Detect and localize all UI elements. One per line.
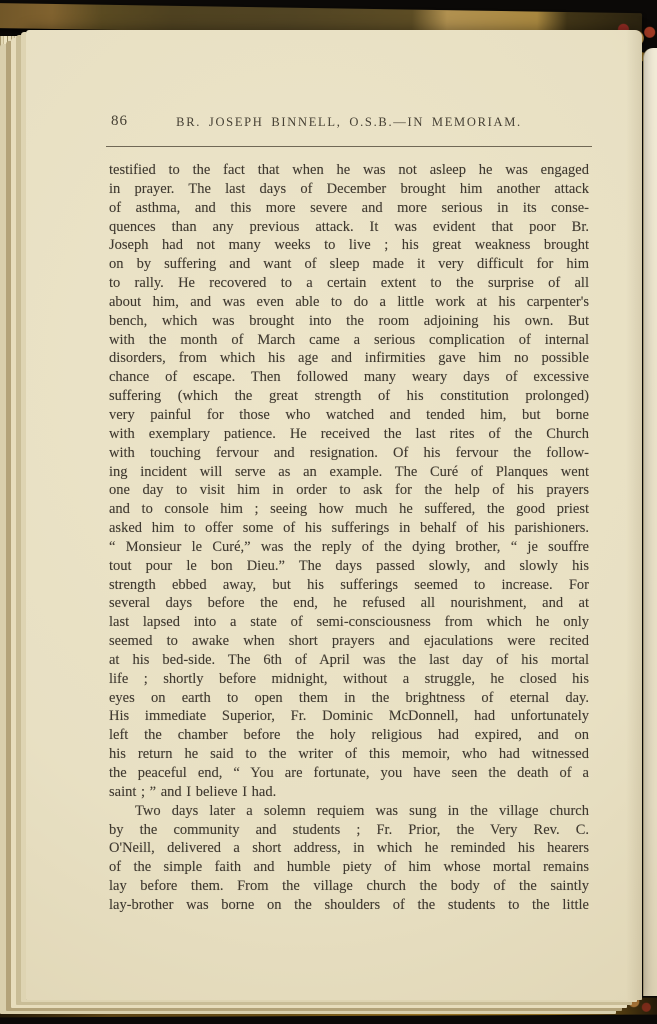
text-line: strength ebbed away, but his sufferings …: [109, 576, 589, 595]
text-line: several days before the end, he refused …: [109, 594, 589, 613]
text-line: life ; shortly before midnight, without …: [109, 670, 589, 689]
text-line: his return he said to the writer of this…: [109, 745, 589, 764]
text-line: with exemplary patience. He received the…: [109, 425, 589, 444]
text-line: and to console him ; seeing how much he …: [109, 500, 589, 519]
text-line: disorders, from which his age and infirm…: [109, 349, 589, 368]
text-line: ing incident will serve as an example. T…: [109, 463, 589, 482]
text-line: seemed to awake when short prayers and e…: [109, 632, 589, 651]
adjacent-page-edge: [643, 48, 657, 996]
text-line: O'Neill, delivered a short address, in w…: [109, 839, 589, 858]
text-line: of the simple faith and humble piety of …: [109, 858, 589, 877]
running-header: BR. JOSEPH BINNELL, O.S.B.—IN MEMORIAM.: [109, 115, 589, 130]
header-rule: [106, 146, 592, 147]
text-line: bench, which was brought into the room a…: [109, 312, 589, 331]
text-line: lay-brother was borne on the shoulders o…: [109, 896, 589, 915]
text-line: saint ; ” and I believe I had.: [109, 783, 589, 802]
text-line: with touching fervour and resignation. O…: [109, 444, 589, 463]
text-line: in prayer. The last days of December bro…: [109, 180, 589, 199]
text-line: left the chamber before the holy religio…: [109, 726, 589, 745]
text-line: asked him to offer some of his suffering…: [109, 519, 589, 538]
photo-background: { "book_page": { "page_number": "86", "r…: [0, 0, 657, 1024]
text-line: the peaceful end, “ You are fortunate, y…: [109, 764, 589, 783]
text-line: very painful for those who watched and t…: [109, 406, 589, 425]
text-line: of asthma, and this more severe and more…: [109, 199, 589, 218]
text-line: about him, and was even able to do a lit…: [109, 293, 589, 312]
text-line: lay before them. From the village church…: [109, 877, 589, 896]
text-line: with the month of March came a serious c…: [109, 331, 589, 350]
text-line: one day to visit him in order to ask for…: [109, 481, 589, 500]
text-line: last lapsed into a state of semi-conscio…: [109, 613, 589, 632]
book-cover-bottom-edge: [0, 998, 657, 1018]
text-line: by the community and students ; Fr. Prio…: [109, 821, 589, 840]
book-page: 86 BR. JOSEPH BINNELL, O.S.B.—IN MEMORIA…: [26, 30, 642, 1000]
text-line: eyes on earth to open them in the bright…: [109, 689, 589, 708]
text-line: quences than any previous attack. It was…: [109, 218, 589, 237]
text-line: to rally. He recovered to a certain exte…: [109, 274, 589, 293]
text-line: chance of escape. Then followed many wea…: [109, 368, 589, 387]
text-line: tout pour le bon Dieu.” The days passed …: [109, 557, 589, 576]
text-line: at his bed-side. The 6th of April was th…: [109, 651, 589, 670]
text-line: His immediate Superior, Fr. Dominic McDo…: [109, 707, 589, 726]
text-line: suffering (which the great strength of h…: [109, 387, 589, 406]
text-line: testified to the fact that when he was n…: [109, 161, 589, 180]
text-line: “ Monsieur le Curé,” was the reply of th…: [109, 538, 589, 557]
text-block: testified to the fact that when he was n…: [109, 161, 589, 915]
text-line: Two days later a solemn requiem was sung…: [109, 802, 589, 821]
page-stack-edges: [0, 36, 26, 998]
text-line: Joseph had not many weeks to live ; his …: [109, 236, 589, 255]
text-line: on by suffering and want of sleep made i…: [109, 255, 589, 274]
book-photograph: 86 BR. JOSEPH BINNELL, O.S.B.—IN MEMORIA…: [0, 0, 657, 1024]
